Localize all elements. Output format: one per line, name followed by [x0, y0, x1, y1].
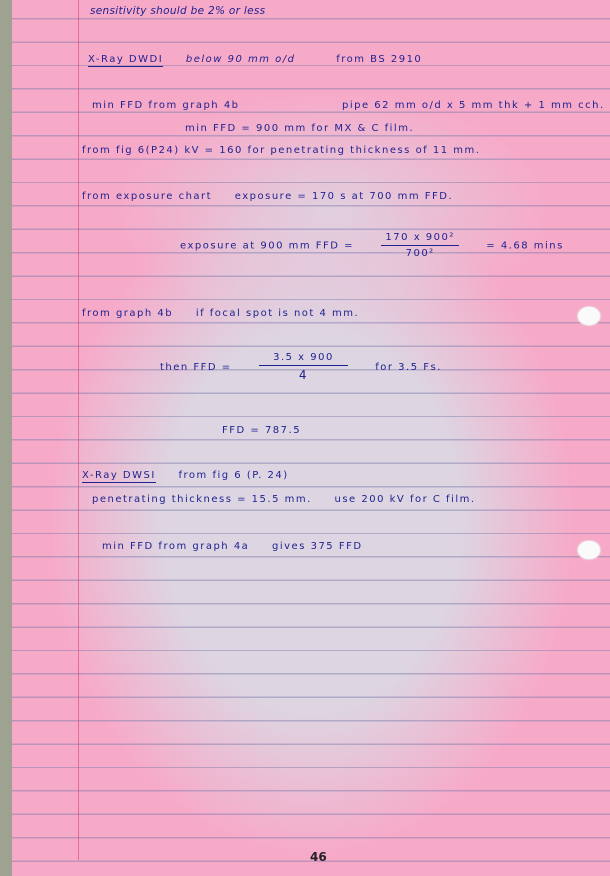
note-min-ffd-value: min FFD = 900 mm for MX & C film.	[185, 123, 414, 134]
punch-hole-upper	[578, 307, 600, 325]
note-ffd-result: FFD = 787.5	[222, 425, 301, 436]
note-exposure-calc: exposure at 900 mm FFD = 170 x 900² 700²…	[180, 232, 564, 259]
exposure-fraction-numerator: 170 x 900²	[381, 232, 458, 246]
note-sensitivity: sensitivity should be 2% or less	[90, 5, 265, 17]
section-heading-dwdi: X-Ray DWDI below 90 mm o/d from BS 2910	[88, 54, 422, 65]
exposure-fraction: 170 x 900² 700²	[381, 232, 458, 259]
min-ffd-dwsi-source: min FFD from graph 4a	[102, 541, 249, 552]
note-pipe-spec: pipe 62 mm o/d x 5 mm thk + 1 mm cch.	[342, 100, 605, 111]
kv-film-setting: use 200 kV for C film.	[334, 494, 475, 505]
exposure-fraction-denominator: 700²	[406, 246, 435, 259]
exposure-calc-result: = 4.68 mins	[486, 241, 564, 252]
section-title-dwsi: X-Ray DWSI	[82, 470, 156, 483]
ffd-fraction: 3.5 x 900 4	[259, 352, 348, 382]
section-dwdi-scope: below 90 mm o/d	[186, 54, 296, 65]
focal-spot-condition: if focal spot is not 4 mm.	[196, 308, 359, 319]
note-kv-penetration: from fig 6(P24) kV = 160 for penetrating…	[82, 145, 480, 156]
note-min-ffd-dwsi: min FFD from graph 4a gives 375 FFD	[102, 541, 363, 552]
note-focal-spot: from graph 4b if focal spot is not 4 mm.	[82, 308, 359, 319]
exposure-chart-value: exposure = 170 s at 700 mm FFD.	[235, 191, 453, 202]
note-exposure-chart: from exposure chart exposure = 170 s at …	[82, 191, 453, 202]
note-penetrating-thickness: penetrating thickness = 15.5 mm. use 200…	[92, 494, 476, 505]
punch-hole-lower	[578, 541, 600, 559]
exposure-calc-label: exposure at 900 mm FFD =	[180, 241, 354, 252]
exposure-chart-label: from exposure chart	[82, 191, 212, 202]
ffd-fraction-denominator: 4	[299, 366, 308, 382]
ffd-formula-suffix: for 3.5 Fs.	[375, 362, 442, 373]
page-number: 46	[310, 850, 327, 864]
ffd-formula-label: then FFD =	[160, 362, 232, 373]
focal-spot-source: from graph 4b	[82, 308, 173, 319]
section-heading-dwsi: X-Ray DWSI from fig 6 (P. 24)	[82, 470, 289, 481]
penetrating-thickness-value: penetrating thickness = 15.5 mm.	[92, 494, 312, 505]
note-min-ffd-graph: min FFD from graph 4b	[92, 100, 240, 111]
min-ffd-dwsi-value: gives 375 FFD	[272, 541, 363, 552]
note-ffd-formula: then FFD = 3.5 x 900 4 for 3.5 Fs.	[160, 352, 442, 382]
section-dwdi-standard: from BS 2910	[336, 54, 422, 65]
margin-line	[78, 0, 79, 860]
ffd-fraction-numerator: 3.5 x 900	[259, 352, 348, 366]
section-title-dwdi: X-Ray DWDI	[88, 54, 163, 67]
section-dwsi-reference: from fig 6 (P. 24)	[179, 470, 289, 481]
